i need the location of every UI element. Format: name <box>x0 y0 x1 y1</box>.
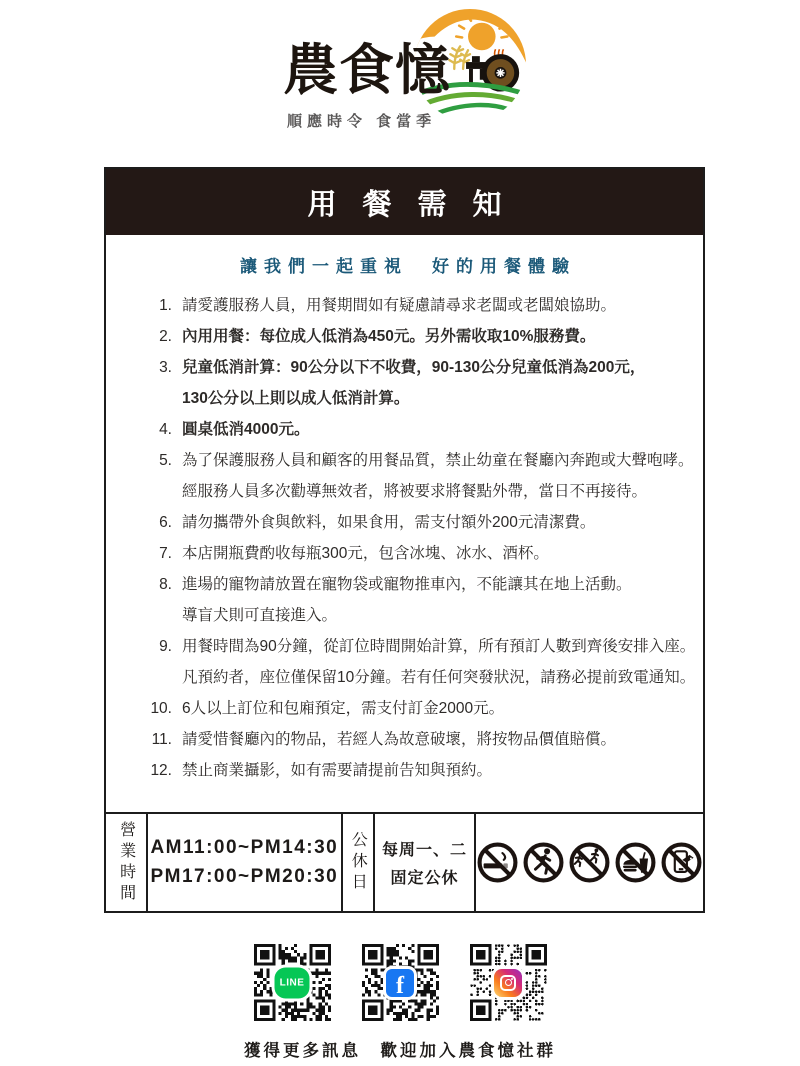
rule-number: 12. <box>136 755 172 786</box>
no-chasing-icon <box>568 841 611 884</box>
rule-text: 請愛惜餐廳內的物品，若經人為故意破壞，將按物品價值賠償。 <box>182 731 616 748</box>
rule-item: 7.本店開瓶費酌收每瓶300元，包含冰塊、冰水、酒杯。 <box>106 538 703 569</box>
closed-day-label: 公休日 <box>346 831 369 894</box>
rule-text: 內用用餐：每位成人低消為450元。另外需收取10%服務費。 <box>182 328 595 345</box>
no-outside-food-drink-icon <box>614 841 657 884</box>
info-table: 營業時間 AM11:00~PM14:30 PM17:00~PM20:30 公休日… <box>106 812 703 911</box>
rule-text: 進場的寵物請放置在寵物袋或寵物推車內，不能讓其在地上活動。 導盲犬則可直接進入。 <box>182 576 632 624</box>
rule-text: 兒童低消計算：90公分以下不收費，90-130公分兒童低消為200元， 130公… <box>182 359 645 407</box>
hours-cell: AM11:00~PM14:30 PM17:00~PM20:30 <box>148 814 342 911</box>
qr-code-row: LINE f <box>0 944 800 1021</box>
hours-label: 營業時間 <box>115 821 138 905</box>
closed-day-cell: 每周一、二 固定公休 <box>375 814 476 911</box>
rule-item: 10.6人以上訂位和包廂預定，需支付訂金2000元。 <box>106 693 703 724</box>
hours-line-2: PM17:00~PM20:30 <box>150 866 338 888</box>
instagram-qr-code <box>470 944 547 1021</box>
rule-number: 8. <box>136 569 172 600</box>
hours-line-1: AM11:00~PM14:30 <box>150 837 338 859</box>
rule-number: 11. <box>136 724 172 755</box>
facebook-qr-code: f <box>362 944 439 1021</box>
rule-number: 7. <box>136 538 172 569</box>
rule-text: 請勿攜帶外食與飲料，如果食用，需支付額外200元清潔費。 <box>182 514 595 531</box>
instagram-icon <box>494 969 522 997</box>
rule-item: 8.進場的寵物請放置在寵物袋或寵物推車內，不能讓其在地上活動。 導盲犬則可直接進… <box>106 569 703 631</box>
rule-number: 3. <box>136 352 172 383</box>
notice-title: 用餐需知 <box>106 169 703 235</box>
no-commercial-photography-icon <box>660 841 703 884</box>
social-caption: 獲得更多訊息 歡迎加入農食憶社群 <box>0 1037 800 1061</box>
no-smoking-icon <box>476 841 519 884</box>
rule-text: 本店開瓶費酌收每瓶300元，包含冰塊、冰水、酒杯。 <box>182 545 549 562</box>
closed-day-line-2: 固定公休 <box>390 865 458 888</box>
no-running-icon <box>522 841 565 884</box>
social-section: LINE f 獲得更多訊息 歡迎加入農食憶社群 <box>0 944 800 1061</box>
dining-notice-poster: { "logo": { "brand_name": "農食憶", "taglin… <box>0 0 800 1066</box>
rule-item: 9.用餐時間為90分鐘，從訂位時間開始計算，所有預訂人數到齊後安排入座。 凡預約… <box>106 631 703 693</box>
rule-item: 4.圓桌低消4000元。 <box>106 414 703 445</box>
rule-item: 11.請愛惜餐廳內的物品，若經人為故意破壞，將按物品價值賠償。 <box>106 724 703 755</box>
rule-number: 5. <box>136 445 172 476</box>
rule-number: 9. <box>136 631 172 662</box>
line-icon: LINE <box>275 967 310 998</box>
logo-section: 農食憶 順應時令 食當季 <box>283 6 543 148</box>
rule-text: 用餐時間為90分鐘，從訂位時間開始計算，所有預訂人數到齊後安排入座。 凡預約者，… <box>182 638 695 686</box>
hours-label-cell: 營業時間 <box>106 814 148 911</box>
rule-item: 12.禁止商業攝影，如有需要請提前告知與預約。 <box>106 755 703 786</box>
rule-item: 3.兒童低消計算：90公分以下不收費，90-130公分兒童低消為200元， 13… <box>106 352 703 414</box>
line-qr-code: LINE <box>254 944 331 1021</box>
closed-day-label-cell: 公休日 <box>343 814 375 911</box>
rule-number: 10. <box>136 693 172 724</box>
rule-number: 2. <box>136 321 172 352</box>
brand-name: 農食憶 <box>283 26 451 105</box>
rule-number: 6. <box>136 507 172 538</box>
notice-box: 用餐需知 讓我們一起重視 好的用餐體驗 1.請愛護服務人員，用餐期間如有疑慮請尋… <box>104 167 705 913</box>
rule-text: 6人以上訂位和包廂預定，需支付訂金2000元。 <box>182 700 504 717</box>
rule-text: 圓桌低消4000元。 <box>182 421 309 438</box>
brand-tagline: 順應時令 食當季 <box>287 110 436 131</box>
prohibition-icons-cell <box>476 814 703 911</box>
rules-list: 1.請愛護服務人員，用餐期間如有疑慮請尋求老闆或老闆娘協助。2.內用用餐：每位成… <box>106 290 703 786</box>
rule-item: 6.請勿攜帶外食與飲料，如果食用，需支付額外200元清潔費。 <box>106 507 703 538</box>
notice-subtitle: 讓我們一起重視 好的用餐體驗 <box>106 252 703 277</box>
rule-text: 為了保護服務人員和顧客的用餐品質，禁止幼童在餐廳內奔跑或大聲咆哮。 經服務人員多… <box>182 452 694 500</box>
rule-text: 請愛護服務人員，用餐期間如有疑慮請尋求老闆或老闆娘協助。 <box>182 297 616 314</box>
closed-day-line-1: 每周一、二 <box>382 837 467 860</box>
facebook-icon: f <box>386 969 414 997</box>
rule-item: 2.內用用餐：每位成人低消為450元。另外需收取10%服務費。 <box>106 321 703 352</box>
rule-item: 5.為了保護服務人員和顧客的用餐品質，禁止幼童在餐廳內奔跑或大聲咆哮。 經服務人… <box>106 445 703 507</box>
rule-item: 1.請愛護服務人員，用餐期間如有疑慮請尋求老闆或老闆娘協助。 <box>106 290 703 321</box>
rule-number: 4. <box>136 414 172 445</box>
rule-number: 1. <box>136 290 172 321</box>
rule-text: 禁止商業攝影，如有需要請提前告知與預約。 <box>182 762 492 779</box>
